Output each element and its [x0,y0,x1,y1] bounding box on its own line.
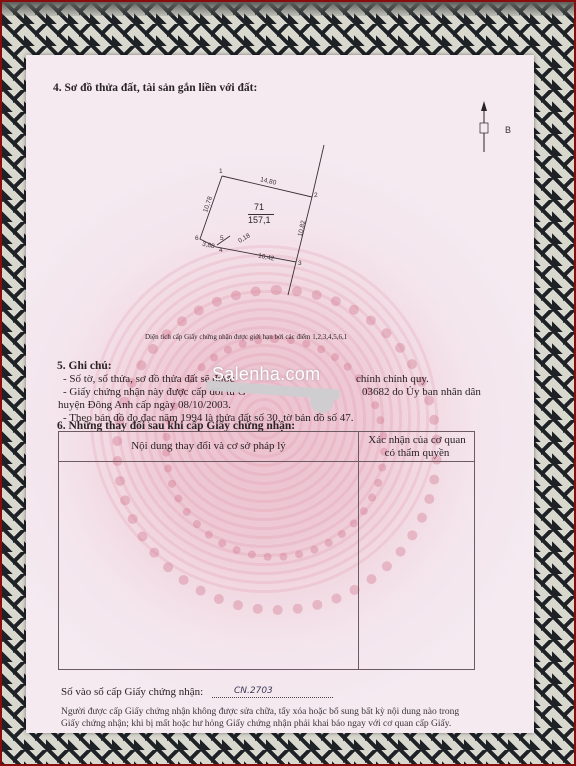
north-label: B [505,125,511,135]
point-4: 4 [219,247,223,254]
registry-dotted-line [212,697,333,698]
table-header-changes: Nội dung thay đổi và cơ sở pháp lý [59,440,358,453]
redacted-region-2 [310,389,334,413]
watermark-text: Salenha.com [212,364,320,385]
footer-line-2: Giấy chứng nhận; khi bị mất hoặc hư hỏng… [61,719,451,729]
area-caption: Diện tích cấp Giấy chứng nhận được giới … [145,333,347,341]
point-3: 3 [298,260,302,267]
table-column-divider [358,432,359,669]
note-line-1-end: chính chính quy. [356,373,429,385]
registry-label: Số vào sổ cấp Giấy chứng nhận: [61,686,203,698]
registry-number: CN.2703 [234,686,273,696]
note-line-2-end: 03682 do Ủy ban nhân dân [362,386,481,398]
point-5: 5 [220,235,224,242]
point-2: 2 [314,192,318,199]
certificate-page: 4. Sơ đồ thửa đất, tài sản gắn liền với … [26,55,534,733]
table-header-authority-line1: Xác nhận của cơ quan [358,434,476,447]
table-header-divider [59,461,474,462]
north-arrow-icon [480,101,488,152]
parcel-area: 157,1 [248,215,271,225]
footer-line-1: Người được cấp Giấy chứng nhận không đượ… [61,707,459,717]
parcel-number: 71 [254,202,264,212]
point-6: 6 [195,235,199,242]
section5-title: 5. Ghi chú: [57,360,112,372]
note-line-3: huyện Đông Anh cấp ngày 08/10/2003. [58,399,231,411]
changes-table: Nội dung thay đổi và cơ sở pháp lý Xác n… [58,431,475,670]
background-shadow [2,2,574,16]
point-1: 1 [219,168,223,175]
table-header-authority-line2: có thẩm quyền [358,447,476,460]
